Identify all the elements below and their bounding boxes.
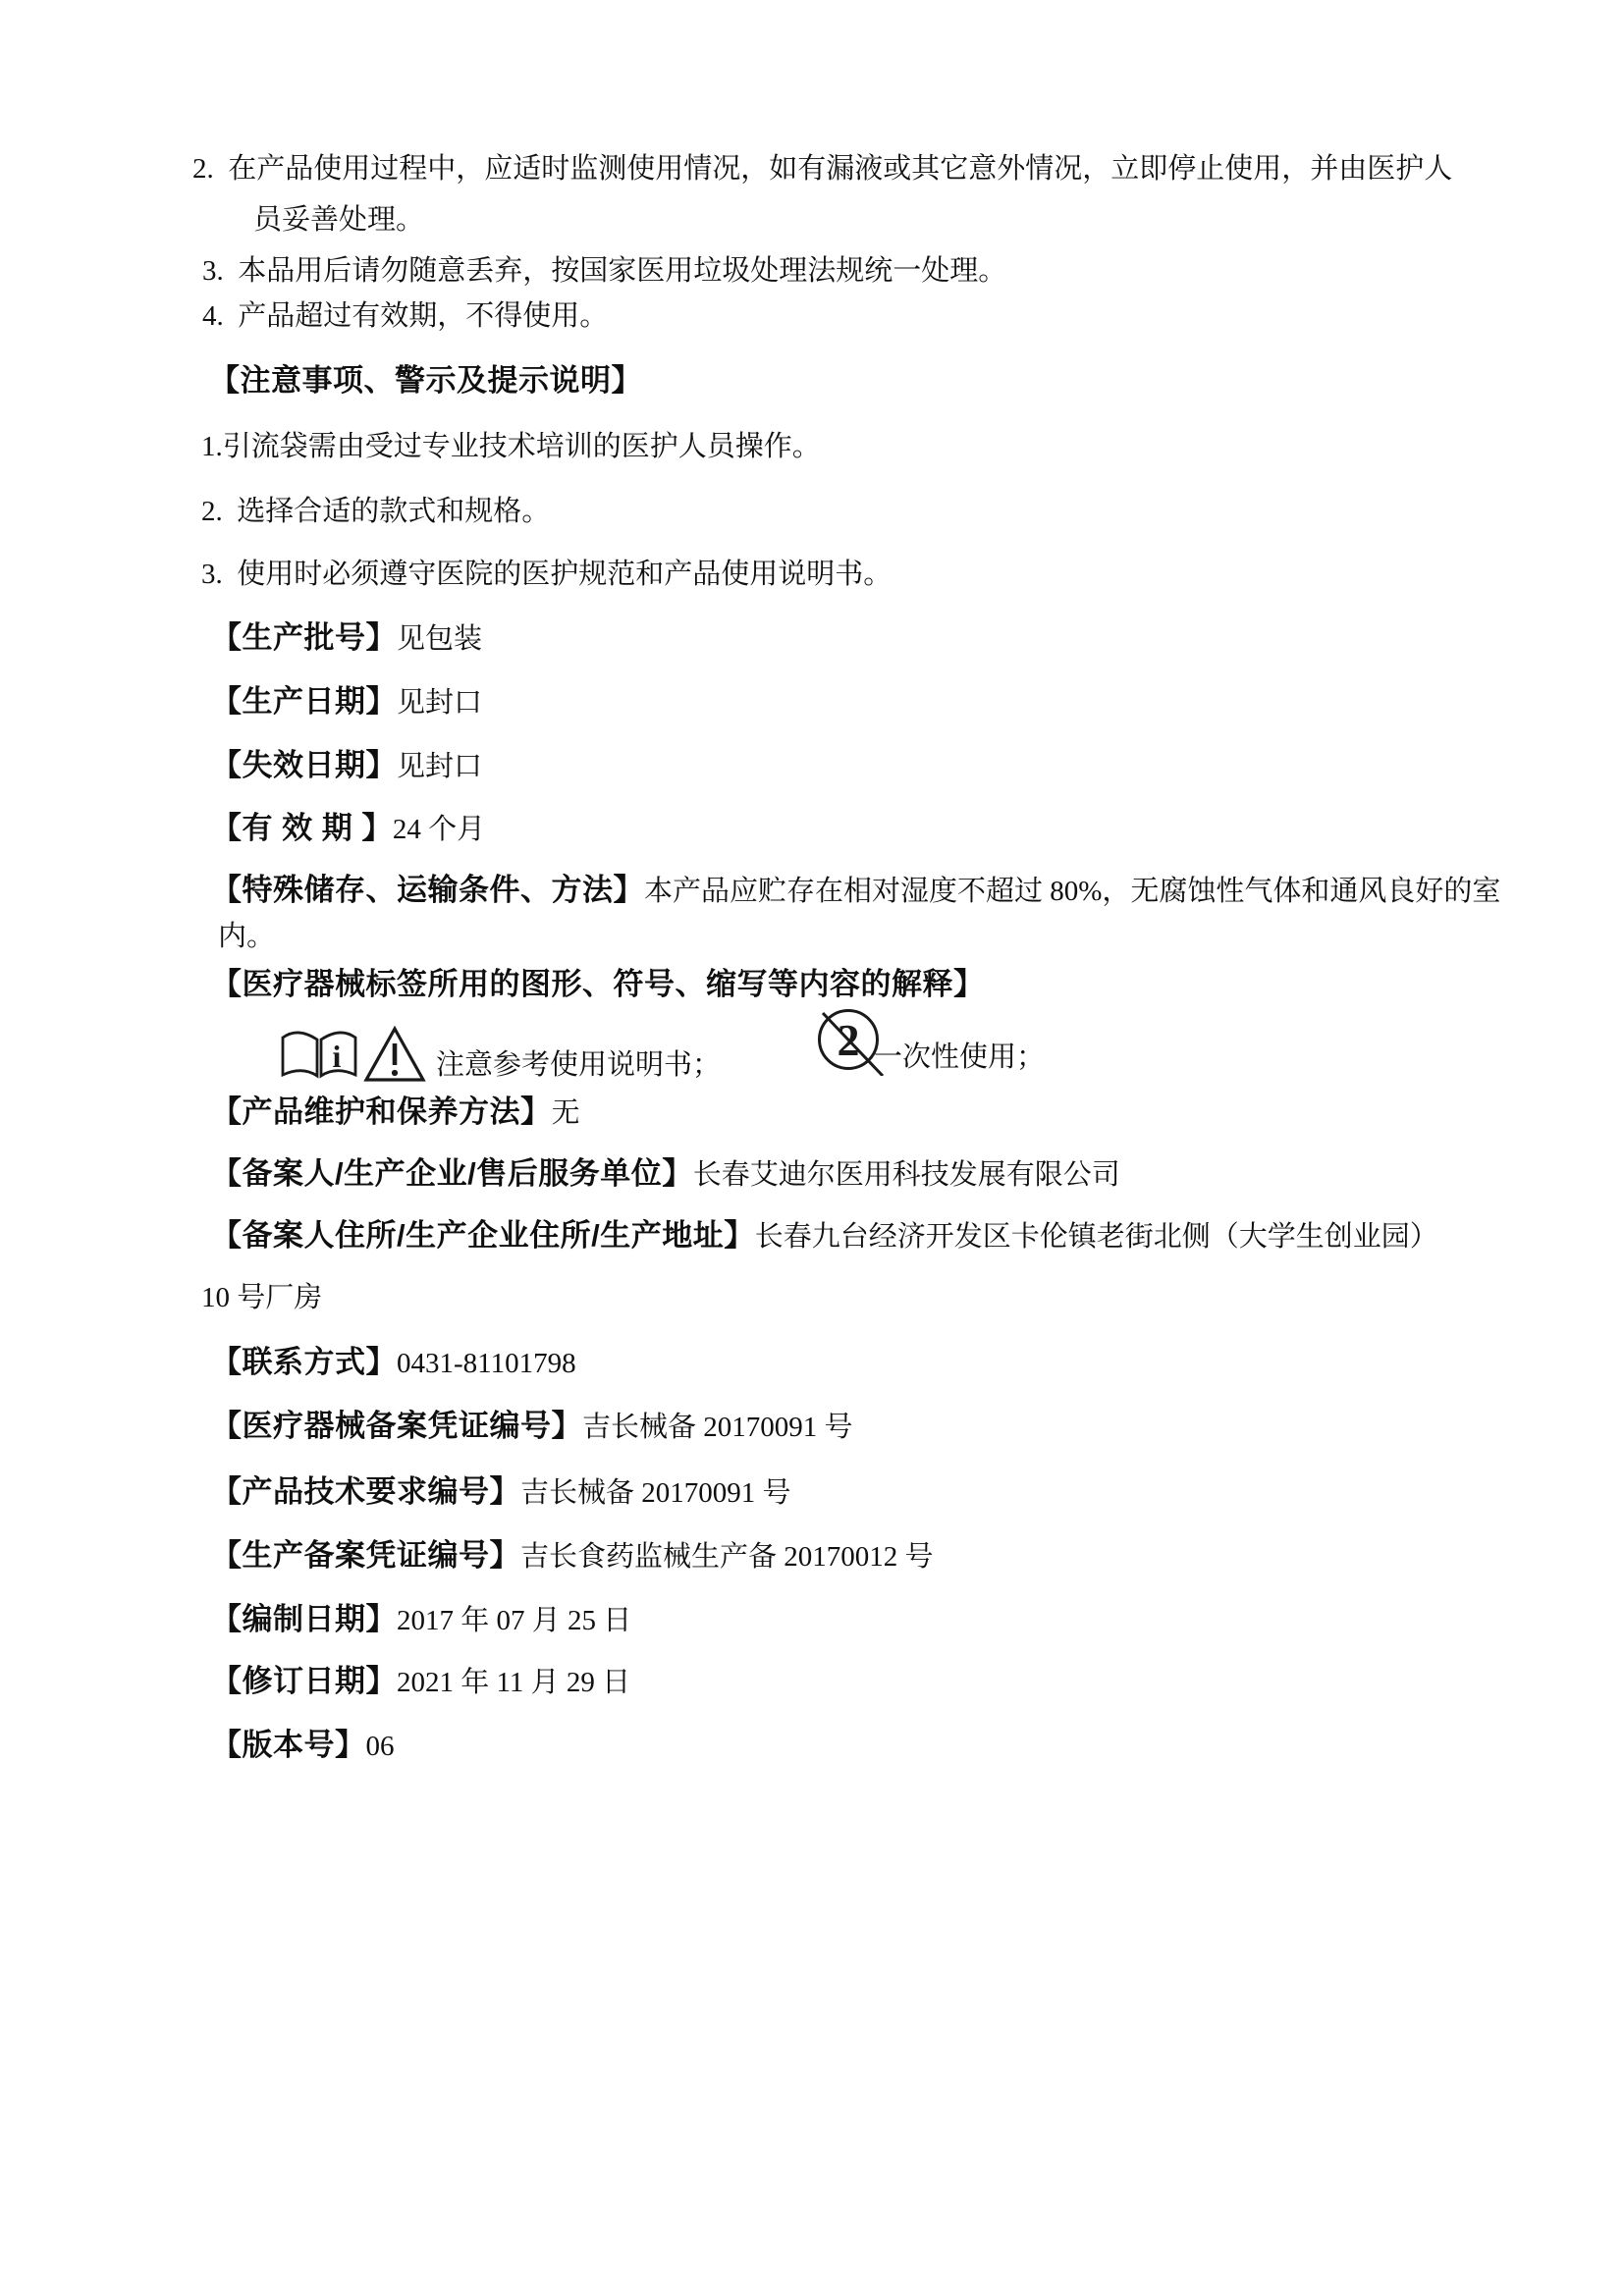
field-contact-label: 【联系方式】 bbox=[211, 1345, 397, 1379]
field-record-cert-no-value: 吉长械备 20170091 号 bbox=[582, 1412, 853, 1443]
field-compile-date-value: 2017 年 07 月 25 日 bbox=[397, 1605, 631, 1636]
field-prod-date-label: 【生产日期】 bbox=[211, 684, 397, 719]
field-shelf-life: 【有 效 期 】24 个月 bbox=[211, 811, 485, 847]
instruction-document-page: 2. 在产品使用过程中，应适时监测使用情况，如有漏液或其它意外情况，立即停止使用… bbox=[0, 0, 1624, 2296]
field-tech-req-no: 【产品技术要求编号】吉长械备 20170091 号 bbox=[211, 1474, 791, 1511]
field-shelf-life-value: 24 个月 bbox=[393, 814, 485, 845]
field-prod-record-no: 【生产备案凭证编号】吉长食药监械生产备 20170012 号 bbox=[211, 1538, 934, 1575]
field-address-value-line-2: 10 号厂房 bbox=[201, 1280, 322, 1315]
field-shelf-life-label: 【有 效 期 】 bbox=[211, 811, 393, 845]
field-record-cert-no: 【医疗器械备案凭证编号】吉长械备 20170091 号 bbox=[211, 1409, 853, 1445]
cautions-heading: 【注意事项、警示及提示说明】 bbox=[209, 363, 642, 399]
usage-item-2-line-2: 员妥善处理。 bbox=[253, 202, 424, 238]
field-compile-date: 【编制日期】2017 年 07 月 25 日 bbox=[211, 1602, 631, 1638]
consult-instructions-booklet-icon: i bbox=[278, 1027, 360, 1084]
field-manufacturer-label: 【备案人/生产企业/售后服务单位】 bbox=[211, 1156, 693, 1191]
usage-item-2-line-1: 2. 在产品使用过程中，应适时监测使用情况，如有漏液或其它意外情况，立即停止使用… bbox=[192, 151, 1452, 187]
field-prod-date-value: 见封口 bbox=[397, 687, 482, 719]
field-expiry-date-label: 【失效日期】 bbox=[211, 748, 397, 782]
field-expiry-date-value: 见封口 bbox=[397, 751, 482, 782]
field-prod-record-no-value: 吉长食药监械生产备 20170012 号 bbox=[520, 1541, 934, 1573]
field-maintenance-label: 【产品维护和保养方法】 bbox=[211, 1095, 552, 1129]
field-revision-date-label: 【修订日期】 bbox=[211, 1664, 397, 1698]
field-contact: 【联系方式】0431-81101798 bbox=[211, 1345, 576, 1381]
caution-item-1: 1.引流袋需由受过专业技术培训的医护人员操作。 bbox=[201, 429, 821, 464]
field-prod-record-no-label: 【生产备案凭证编号】 bbox=[211, 1538, 520, 1573]
field-batch-value: 见包装 bbox=[397, 623, 482, 655]
field-maintenance: 【产品维护和保养方法】无 bbox=[211, 1095, 580, 1131]
field-contact-value: 0431-81101798 bbox=[397, 1348, 576, 1379]
consult-ifu-caption: 注意参考使用说明书； bbox=[436, 1047, 721, 1083]
field-revision-date-value: 2021 年 11 月 29 日 bbox=[397, 1667, 630, 1698]
field-address-label: 【备案人住所/生产企业住所/生产地址】 bbox=[211, 1218, 755, 1253]
field-batch: 【生产批号】见包装 bbox=[211, 620, 482, 657]
svg-text:i: i bbox=[333, 1039, 342, 1074]
field-address-value-line-1: 长春九台经济开发区卡伦镇老街北侧（大学生创业园） bbox=[755, 1221, 1438, 1253]
field-storage-label: 【特殊储存、运输条件、方法】 bbox=[211, 873, 644, 907]
field-revision-date: 【修订日期】2021 年 11 月 29 日 bbox=[211, 1664, 630, 1700]
field-storage-value-line-1: 本产品应贮存在相对湿度不超过 80%，无腐蚀性气体和通风良好的室 bbox=[644, 876, 1500, 907]
warning-triangle-icon bbox=[363, 1025, 426, 1084]
field-record-cert-no-label: 【医疗器械备案凭证编号】 bbox=[211, 1409, 582, 1443]
field-batch-label: 【生产批号】 bbox=[211, 620, 397, 655]
field-tech-req-no-value: 吉长械备 20170091 号 bbox=[520, 1477, 791, 1509]
single-use-caption: 一次性使用； bbox=[874, 1040, 1045, 1075]
caution-item-2: 2. 选择合适的款式和规格。 bbox=[201, 494, 550, 529]
usage-item-4: 4. 产品超过有效期，不得使用。 bbox=[202, 298, 608, 334]
field-maintenance-value: 无 bbox=[552, 1097, 580, 1129]
usage-item-3: 3. 本品用后请勿随意丢弃，按国家医用垃圾处理法规统一处理。 bbox=[202, 253, 1006, 289]
field-compile-date-label: 【编制日期】 bbox=[211, 1602, 397, 1636]
field-version: 【版本号】06 bbox=[211, 1728, 395, 1764]
field-tech-req-no-label: 【产品技术要求编号】 bbox=[211, 1474, 520, 1509]
field-prod-date: 【生产日期】见封口 bbox=[211, 684, 482, 721]
field-manufacturer: 【备案人/生产企业/售后服务单位】长春艾迪尔医用科技发展有限公司 bbox=[211, 1156, 1120, 1193]
field-storage-value-line-2: 内。 bbox=[218, 919, 275, 954]
caution-item-3: 3. 使用时必须遵守医院的医护规范和产品使用说明书。 bbox=[201, 557, 892, 592]
field-version-label: 【版本号】 bbox=[211, 1728, 366, 1762]
field-manufacturer-value: 长春艾迪尔医用科技发展有限公司 bbox=[693, 1159, 1120, 1191]
field-version-value: 06 bbox=[366, 1731, 395, 1762]
field-storage: 【特殊储存、运输条件、方法】本产品应贮存在相对湿度不超过 80%，无腐蚀性气体和… bbox=[211, 873, 1500, 909]
symbols-heading: 【医疗器械标签所用的图形、符号、缩写等内容的解释】 bbox=[211, 967, 985, 1002]
field-address: 【备案人住所/生产企业住所/生产地址】长春九台经济开发区卡伦镇老街北侧（大学生创… bbox=[211, 1218, 1438, 1255]
field-expiry-date: 【失效日期】见封口 bbox=[211, 748, 482, 784]
